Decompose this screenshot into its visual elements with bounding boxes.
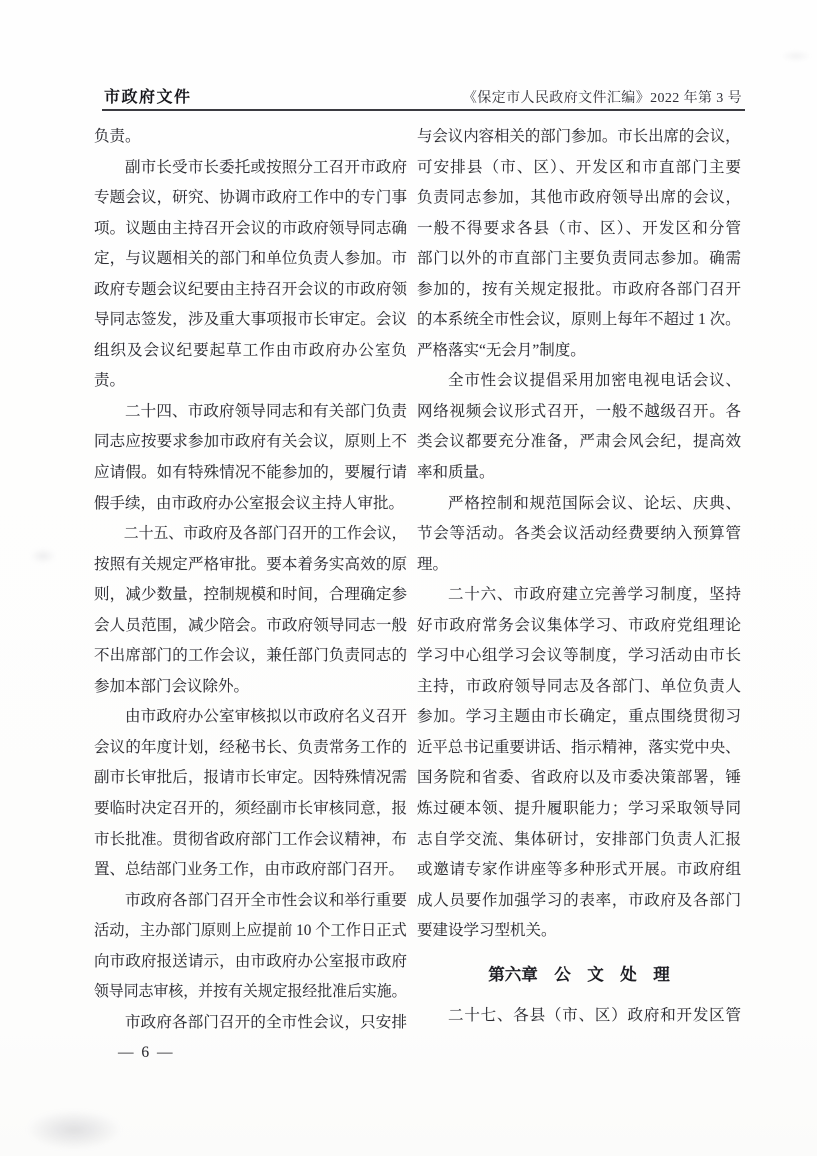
- text-line: 理。: [417, 550, 741, 581]
- text-line: 可安排县（市、区）、开发区和市直部门主要: [417, 153, 741, 184]
- text-line: 组织及会议纪要起草工作由市政府办公室负: [94, 336, 407, 367]
- text-line: 会议的年度计划，经秘书长、负责常务工作的: [94, 733, 407, 764]
- text-line: 应请假。如有特殊情况不能参加的，要履行请: [94, 458, 407, 489]
- text-line: 严格控制和规范国际会议、论坛、庆典、: [417, 489, 741, 520]
- page-number: — 6 —: [118, 1044, 175, 1062]
- text-line: 或邀请专家作讲座等多种形式开展。市政府组: [417, 855, 741, 886]
- text-line: 的本系统全市性会议，原则上每年不超过 1 次。: [417, 305, 739, 336]
- text-line: 同志应按要求参加市政府有关会议，原则上不: [94, 427, 407, 458]
- text-line: 市长批准。贯彻省政府部门工作会议精神，布: [94, 825, 407, 856]
- header-divider: [102, 109, 745, 111]
- text-line: 二十六、市政府建立完善学习制度，坚持: [417, 580, 741, 611]
- scan-smudge: [781, 50, 811, 62]
- text-line: 一般不得要求各县（市、区）、开发区和分管: [417, 214, 741, 245]
- text-line: 二十四、市政府领导同志和有关部门负责: [94, 397, 407, 428]
- text-line: 主持，市政府领导同志及各部门、单位负责人: [417, 672, 741, 703]
- header-document-type: 市政府文件: [104, 84, 192, 107]
- scan-smudge: [30, 548, 56, 564]
- text-line: 部门以外的市直部门主要负责同志参加。确需: [417, 244, 741, 275]
- text-line: 参加。学习主题由市长确定，重点围绕贯彻习: [417, 702, 741, 733]
- text-line: 活动，主办部门原则上应提前 10 个工作日正式: [94, 916, 402, 947]
- text-line: 按照有关规定严格审批。要本着务实高效的原: [94, 550, 407, 581]
- text-line: 责。: [94, 366, 407, 397]
- text-line: 要临时决定召开的，须经副市长审核同意，报: [94, 794, 407, 825]
- text-line: 志自学交流、集体研讨，安排部门负责人汇报: [417, 825, 741, 856]
- text-line: 炼过硬本领、提升履职能力；学习采取领导同: [417, 794, 741, 825]
- text-line: 网络视频会议形式召开，一般不越级召开。各: [417, 397, 741, 428]
- text-line: 导同志签发，涉及重大事项报市长审定。会议: [94, 305, 407, 336]
- text-line: 负责同志参加，其他市政府领导出席的会议，: [417, 183, 741, 214]
- text-line: 国务院和省委、省政府以及市委决策部署，锤: [417, 763, 741, 794]
- text-line: 则，减少数量，控制规模和时间，合理确定参: [94, 580, 407, 611]
- text-line: 率和质量。: [417, 458, 741, 489]
- text-line: 会人员范围，减少陪会。市政府领导同志一般: [94, 611, 407, 642]
- text-line: 全市性会议提倡采用加密电视电话会议、: [417, 366, 741, 397]
- scan-smudge: [26, 1110, 122, 1150]
- text-line: 近平总书记重要讲话、指示精神，落实党中央、: [417, 733, 739, 764]
- text-line: 参加的，按有关规定报批。市政府各部门召开: [417, 275, 741, 306]
- text-line: 二十五、市政府及各部门召开的工作会议，: [94, 519, 395, 550]
- header-compilation-title: 《保定市人民政府文件汇编》2022 年第 3 号: [463, 87, 742, 107]
- text-line: 二十七、各县（市、区）政府和开发区管: [417, 1001, 741, 1032]
- text-line: 领导同志审核，并按有关规定报经批准后实施。: [94, 977, 395, 1008]
- text-line: 副市长审批后，报请市长审定。因特殊情况需: [94, 763, 407, 794]
- text-line: 专题会议，研究、协调市政府工作中的专门事: [94, 183, 407, 214]
- text-column-right: 与会议内容相关的部门参加。市长出席的会议，可安排县（市、区）、开发区和市直部门主…: [417, 122, 741, 1032]
- text-line: 好市政府常务会议集体学习、市政府党组理论: [417, 611, 741, 642]
- text-line: 定，与议题相关的部门和单位负责人参加。市: [94, 244, 407, 275]
- text-line: 成人员要作加强学习的表率，市政府及各部门: [417, 886, 741, 917]
- text-line: 学习中心组学习会议等制度，学习活动由市长: [417, 641, 741, 672]
- text-line: 节会等活动。各类会议活动经费要纳入预算管: [417, 519, 741, 550]
- text-line: 市政府各部门召开全市性会议和举行重要: [94, 886, 407, 917]
- text-line: 类会议都要充分准备，严肃会风会纪，提高效: [417, 427, 741, 458]
- text-line: 向市政府报送请示，由市政府办公室报市政府: [94, 947, 407, 978]
- text-column-left: 负责。副市长受市长委托或按照分工召开市政府专题会议，研究、协调市政府工作中的专门…: [94, 122, 407, 1038]
- text-line: 严格落实“无会月”制度。: [417, 336, 741, 367]
- scanned-document-page: 市政府文件 《保定市人民政府文件汇编》2022 年第 3 号 负责。副市长受市长…: [0, 0, 817, 1156]
- text-line: 市政府各部门召开的全市性会议，只安排: [94, 1008, 407, 1039]
- text-line: 置、总结部门业务工作，由市政府部门召开。: [94, 855, 407, 886]
- text-line: 政府专题会议纪要由主持召开会议的市政府领: [94, 275, 407, 306]
- text-line: 与会议内容相关的部门参加。市长出席的会议，: [417, 122, 739, 153]
- text-line: 副市长受市长委托或按照分工召开市政府: [94, 153, 407, 184]
- text-line: 由市政府办公室审核拟以市政府名义召开: [94, 702, 407, 733]
- chapter-heading: 第六章 公 文 处 理: [417, 960, 741, 991]
- text-line: 要建设学习型机关。: [417, 916, 741, 947]
- text-line: 不出席部门的工作会议，兼任部门负责同志的: [94, 641, 407, 672]
- text-line: 假手续，由市政府办公室报会议主持人审批。: [94, 489, 407, 520]
- text-line: 项。议题由主持召开会议的市政府领导同志确: [94, 214, 407, 245]
- text-line: 负责。: [94, 122, 407, 153]
- text-line: 参加本部门会议除外。: [94, 672, 407, 703]
